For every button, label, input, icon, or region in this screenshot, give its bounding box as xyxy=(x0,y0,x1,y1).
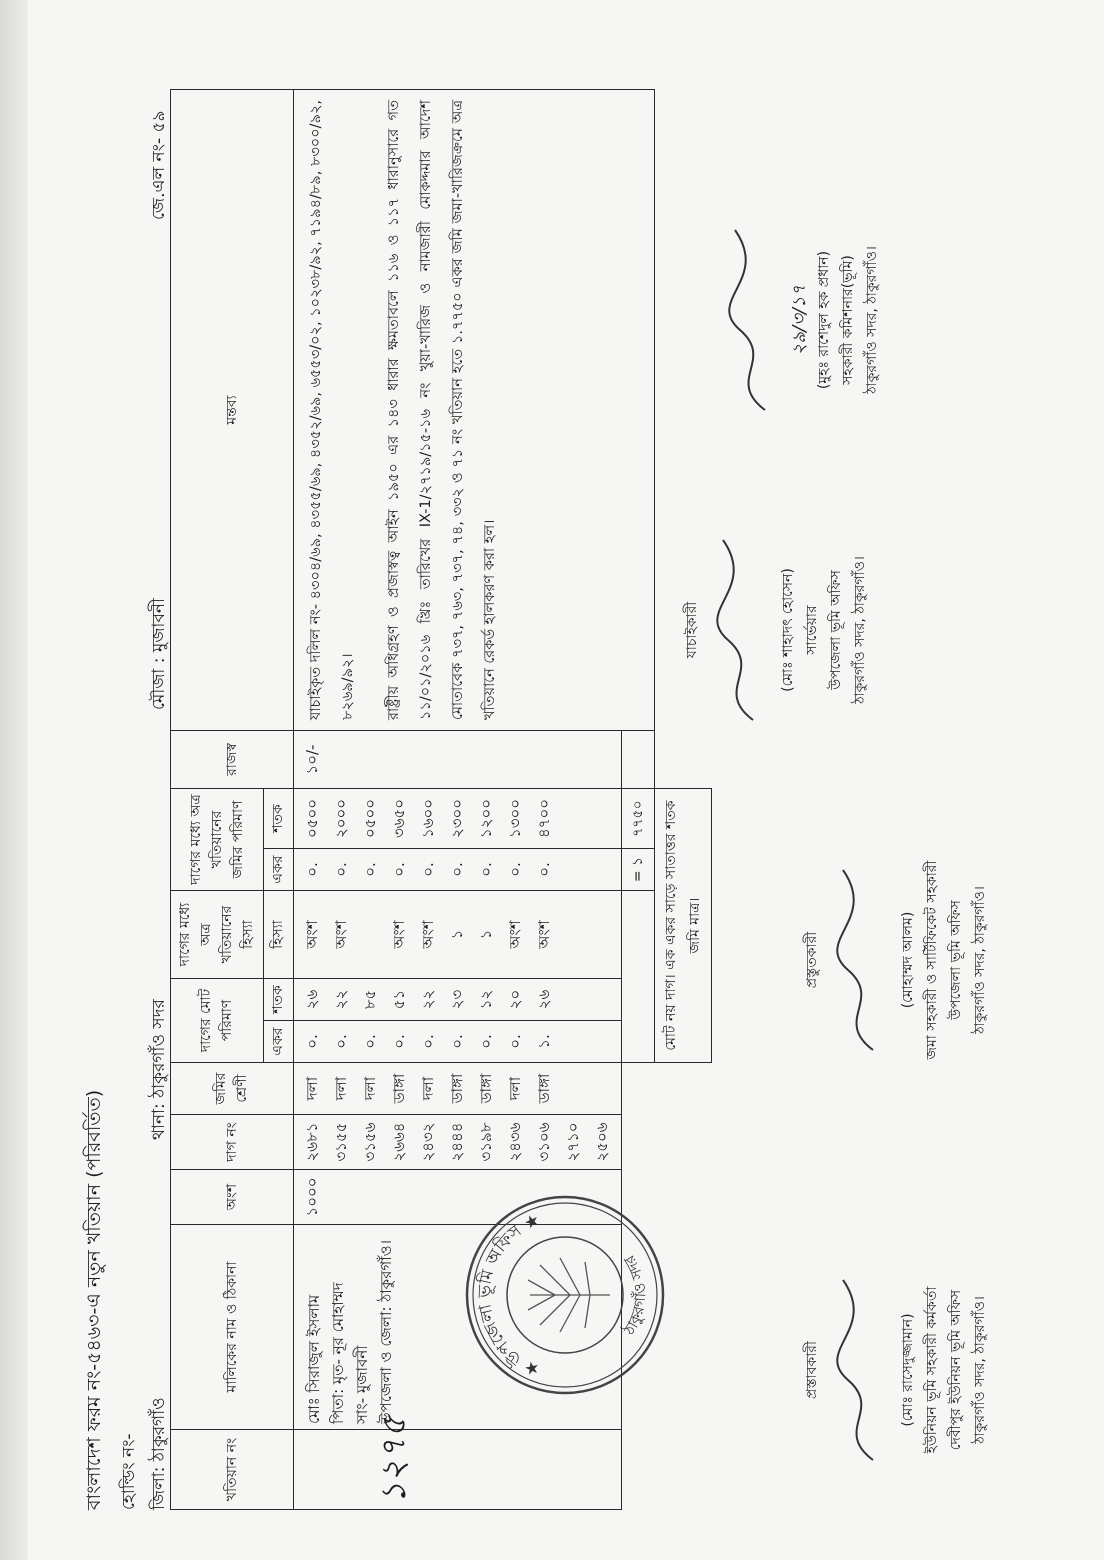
land-class: ডাঙ্গা xyxy=(443,1068,472,1109)
col-acre: একর xyxy=(264,849,294,891)
signature-role: প্রস্তাবকারী xyxy=(800,1270,824,1470)
owner-line: উপজেলা ও জেলা: ঠাকুরগাঁও। xyxy=(374,1230,398,1424)
dag-total-shatak: ২৩ xyxy=(443,984,472,1015)
handwritten-signature-icon xyxy=(828,860,888,1060)
acre-list: ০.০.০.০.০.০.০.০.০. xyxy=(294,849,622,891)
dag-acre-list: ০.০.০.০.০.০.০.০.১. xyxy=(294,1021,622,1063)
col-hissya-in-dag: দাগের মধ্যে অত্র খতিয়ানের হিস্যা xyxy=(171,891,264,979)
signatory-name: (মোঃ রাসেদুজ্জামান) xyxy=(896,1270,920,1470)
land-shatak: ৩৬৫০ xyxy=(385,794,414,843)
dag-number: ৩১৯৮ xyxy=(472,1120,501,1164)
land-acre: ০. xyxy=(472,854,501,885)
holding-no: হোল্ডিং নং- xyxy=(116,1433,144,1510)
dag-shatak-list: ২৬২২৮৫৫১২২২৩১২২০২৬ xyxy=(294,979,622,1021)
col-remarks: মন্তব্য xyxy=(171,90,294,731)
dag-total-shatak: ২০ xyxy=(501,984,530,1015)
col-khatian-no: খতিয়ান নং xyxy=(171,1430,294,1510)
hissya: অংশ xyxy=(327,896,356,973)
signatory-designation: ঠাকুরগাঁও সদর, ঠাকুরগাঁও। xyxy=(860,220,884,420)
hissya: অংশ xyxy=(414,896,443,973)
dag-number: ২৪৪৪ xyxy=(443,1120,472,1164)
signature-role: প্রস্তুতকারী xyxy=(800,860,824,1060)
dag-total-acre: ০. xyxy=(327,1026,356,1057)
dag-total-shatak: ২৬ xyxy=(298,984,327,1015)
total-acre: = ১ xyxy=(622,849,655,891)
dag-total-acre: ০. xyxy=(501,1026,530,1057)
col-owner: মালিকের নাম ও ঠিকানা xyxy=(171,1225,294,1430)
total-shatak: ৭৭৫০ xyxy=(622,789,655,849)
khatian-no-cell: ১২৭৫ xyxy=(294,1430,622,1510)
signature-block: ২৯/৩/১৭(মুহঃ রাশেদুল হক প্রধান)সহকারী কম… xyxy=(720,220,884,420)
dag-total-shatak: ২৬ xyxy=(530,984,559,1015)
signature-block: প্রস্তুতকারী(মোহাম্মদ আলম)জমা সহকারী ও স… xyxy=(800,860,992,1060)
handwritten-signature-icon xyxy=(708,530,768,730)
dag-total-acre: ০. xyxy=(414,1026,443,1057)
land-class: দলা xyxy=(501,1068,530,1109)
signatory-designation: জমা সহকারী ও সার্টিফিকেট সহকারী xyxy=(920,860,944,1060)
hissya: অংশ xyxy=(298,896,327,973)
land-class: দলা xyxy=(356,1068,385,1109)
signatory-designation: উপজেলা ভূমি অফিস xyxy=(824,530,848,730)
signatory-designation: ঠাকুরগাঁও সদর, ঠাকুরগাঁও। xyxy=(968,860,992,1060)
remarks-cell: যাচাইকৃত দলিল নং- ৪৩০৪/৬৯, ৪৩৫৫/৬৯, ৪৩৫২… xyxy=(294,90,655,731)
owner-line: পিতা: মৃত- নূর মোহাম্মদ xyxy=(326,1230,350,1424)
signatory-designation: ঠাকুরগাঁও সদর, ঠাকুরগাঁও। xyxy=(968,1270,992,1470)
owner-lines: মোঃ সিরাজুল ইসলামপিতা: মৃত- নূর মোহাম্মদ… xyxy=(302,1230,398,1424)
land-class: দলা xyxy=(414,1068,443,1109)
dag-total-acre: ০. xyxy=(472,1026,501,1057)
col-dag-acre: একর xyxy=(264,1021,294,1063)
land-acre: ০. xyxy=(414,854,443,885)
land-class: ডাঙ্গা xyxy=(472,1068,501,1109)
land-shatak: ২৩০০ xyxy=(443,794,472,843)
land-acre: ০. xyxy=(327,854,356,885)
handwritten-signature-icon xyxy=(720,220,780,420)
col-revenue: রাজস্ব xyxy=(171,731,294,789)
land-shatak: ৪৭০০ xyxy=(530,794,559,843)
signatory-name: (মোহাম্মদ আলম) xyxy=(896,860,920,1060)
handwritten-signature-icon xyxy=(828,1270,888,1470)
signatory-name: (মুহঃ রাশেদুল হক প্রধান) xyxy=(812,220,836,420)
remarks-paragraph: যাচাইকৃত দলিল নং- ৪৩০৪/৬৯, ৪৩৫৫/৬৯, ৪৩৫২… xyxy=(300,100,364,720)
hissya: অংশ xyxy=(530,896,559,973)
land-acre: ০. xyxy=(298,854,327,885)
scan-edge xyxy=(0,0,28,1560)
land-acre: ০. xyxy=(385,854,414,885)
col-land-in-dag: দাগের মধ্যে অত্র খতিয়ানের জমির পরিমাণ xyxy=(171,789,264,891)
hissya-list: অংশঅংশ অংশঅংশ১১অংশঅংশ xyxy=(294,891,622,979)
land-shatak: ১৩০০ xyxy=(501,794,530,843)
land-acre: ০. xyxy=(501,854,530,885)
khatian-no-handwritten: ১২৭৫ xyxy=(368,1435,425,1504)
land-class: ডাঙ্গা xyxy=(385,1068,414,1109)
revenue-cell: ১০/- xyxy=(294,731,622,789)
dag-total-shatak: ২২ xyxy=(327,984,356,1015)
owner-line: মোঃ সিরাজুল ইসলাম xyxy=(302,1230,326,1424)
signature-role: যাচাইকারী xyxy=(680,530,704,730)
dag-number: ২৪৩২ xyxy=(414,1120,443,1164)
col-share: অংশ xyxy=(171,1170,294,1225)
dag-number: ৩১৫৫ xyxy=(327,1120,356,1164)
signatory-designation: ঠাকুরগাঁও সদর, ঠাকুরগাঁও। xyxy=(848,530,872,730)
land-shatak: ০৫০০ xyxy=(298,794,327,843)
dag-number: ২৬৬৪ xyxy=(385,1120,414,1164)
hissya: অংশ xyxy=(385,896,414,973)
land-shatak: ১২০০ xyxy=(472,794,501,843)
land-class: দলা xyxy=(327,1068,356,1109)
land-shatak: ২০০০ xyxy=(327,794,356,843)
signature-block: প্রস্তাবকারী(মোঃ রাসেদুজ্জামান)ইউনিয়ন ভ… xyxy=(800,1270,992,1470)
owner-line: সাং- মুজাবনী xyxy=(350,1230,374,1424)
dag-number: ২৪৩৬ xyxy=(501,1120,530,1164)
khatian-document: বাংলাদেশ ফরম নং-৫৪৬৩-এ নতুন খতিয়ান (পরি… xyxy=(80,50,1104,1530)
hissya: ১ xyxy=(472,896,501,973)
office-seal-icon: ★ উপজেলা ভূমি অফিস ★ ঠাকুরগাঁও সদর xyxy=(460,1190,670,1400)
hissya: ১ xyxy=(443,896,472,973)
dag-total-shatak: ৫১ xyxy=(385,984,414,1015)
signatory-designation: ইউনিয়ন ভূমি সহকারী কর্মকর্তা xyxy=(920,1270,944,1470)
land-shatak: ১৬০০ xyxy=(414,794,443,843)
dag-list: ২৬৮১৩১৫৫৩১৫৬২৬৬৪২৪৩২২৪৪৪৩১৯৮২৪৩৬৩১০৬২৭১০… xyxy=(294,1115,622,1170)
hissya: অংশ xyxy=(501,896,530,973)
land-acre: ০. xyxy=(530,854,559,885)
dag-total-shatak: ১২ xyxy=(472,984,501,1015)
class-list: দলাদলাদলাডাঙ্গাদলাডাঙ্গাডাঙ্গাদলাডাঙ্গা xyxy=(294,1063,622,1115)
land-acre: ০. xyxy=(443,854,472,885)
col-dag-shatak: শতক xyxy=(264,979,294,1021)
signature-date: ২৯/৩/১৭ xyxy=(788,220,812,420)
signatory-designation: উপজেলা ভূমি অফিস xyxy=(944,860,968,1060)
dag-total-acre: ০. xyxy=(356,1026,385,1057)
dag-total-acre: ০. xyxy=(443,1026,472,1057)
shatak-list: ০৫০০২০০০০৫০০৩৬৫০১৬০০২৩০০১২০০১৩০০৪৭০০ xyxy=(294,789,622,849)
col-dag-no: দাগ নং xyxy=(171,1115,294,1170)
dag-number: ৩১৫৬ xyxy=(356,1120,385,1164)
remarks-paragraph: রাষ্ট্রীয় অধিগ্রহণ ও প্রজাস্বত্ব আইন ১৯… xyxy=(378,100,506,720)
form-title: বাংলাদেশ ফরম নং-৫৪৬৩-এ নতুন খতিয়ান (পরি… xyxy=(80,1090,112,1510)
col-dag-total: দাগের মোট পরিমাণ xyxy=(171,979,264,1063)
signatory-designation: সহকারী কমিশনার(ভূমি) xyxy=(836,220,860,420)
signatory-name: (মোঃ শাহাদৎ হোসেন) xyxy=(776,530,800,730)
dag-number: ২৬৮১ xyxy=(298,1120,327,1164)
dag-total-acre: ১. xyxy=(530,1026,559,1057)
svg-text:ঠাকুরগাঁও সদর: ঠাকুরগাঁও সদর xyxy=(620,1251,650,1339)
dag-number: ২৭১০ xyxy=(559,1120,588,1164)
signature-block: যাচাইকারী(মোঃ শাহাদৎ হোসেন)সার্ভেয়ারউপজ… xyxy=(680,530,872,730)
total-text: মোট নয় দাগ। এক একর সাড়ে সাতাত্তর শতক জ… xyxy=(655,789,712,1063)
dag-total-shatak: ২২ xyxy=(414,984,443,1015)
col-hissya: হিস্যা xyxy=(264,891,294,979)
dag-number: ২৫০৬ xyxy=(588,1120,617,1164)
dag-total-acre: ০. xyxy=(385,1026,414,1057)
land-class: ডাঙ্গা xyxy=(530,1068,559,1109)
land-acre: ০. xyxy=(356,854,385,885)
signatory-designation: দেবীপুর ইউনিয়ন ভূমি অফিস xyxy=(944,1270,968,1470)
dag-number: ৩১০৬ xyxy=(530,1120,559,1164)
col-shatak: শতক xyxy=(264,789,294,849)
signatory-designation: সার্ভেয়ার xyxy=(800,530,824,730)
land-class: দলা xyxy=(298,1068,327,1109)
hissya xyxy=(356,896,385,973)
land-shatak: ০৫০০ xyxy=(356,794,385,843)
col-land-class: জমির শ্রেণী xyxy=(171,1063,294,1115)
dag-total-shatak: ৮৫ xyxy=(356,984,385,1015)
dag-total-acre: ০. xyxy=(298,1026,327,1057)
